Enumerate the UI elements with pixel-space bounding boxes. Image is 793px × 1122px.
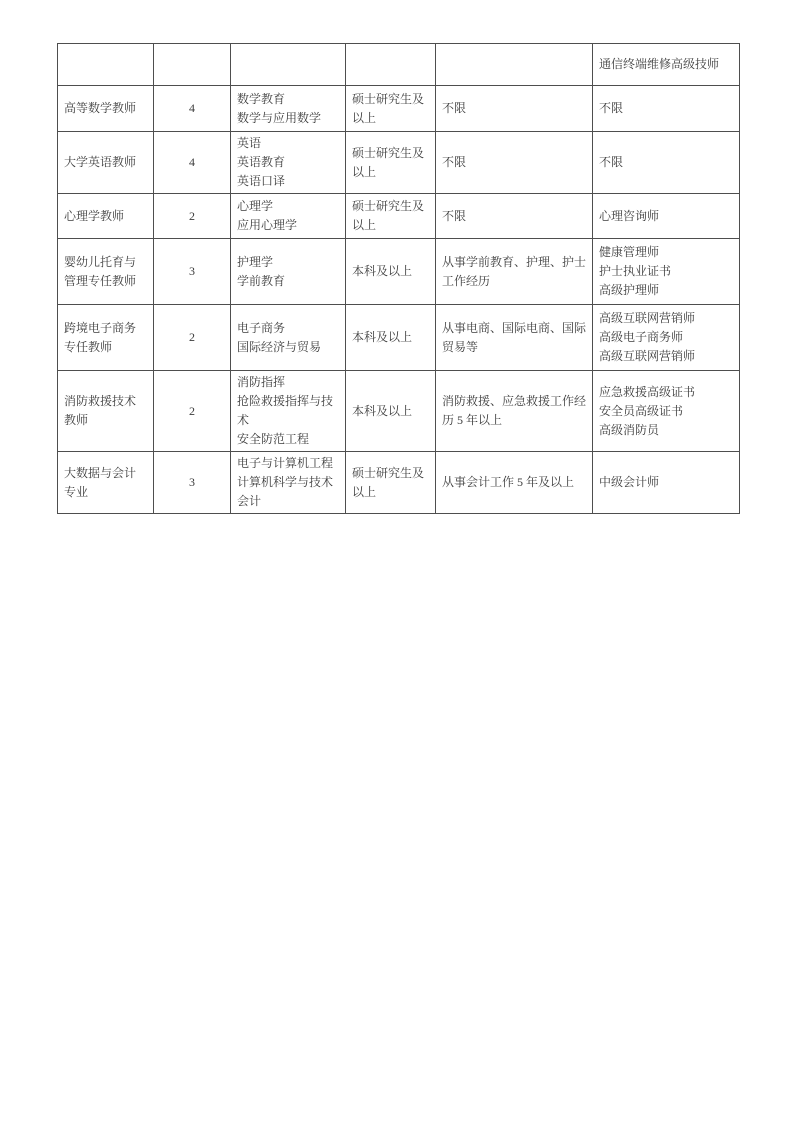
education-cell: 硕士研究生及以上	[346, 194, 436, 239]
major-cell: 电子商务 国际经济与贸易	[231, 305, 346, 371]
position-cell: 高等数学教师	[58, 86, 154, 132]
table-row: 高等数学教师 4 数学教育 数学与应用数学 硕士研究生及以上 不限 不限	[58, 86, 740, 132]
position-cell: 婴幼儿托育与管理专任教师	[58, 239, 154, 305]
headcount-cell: 3	[154, 452, 231, 514]
major-cell: 护理学 学前教育	[231, 239, 346, 305]
headcount-cell: 2	[154, 305, 231, 371]
major-cell	[231, 44, 346, 86]
certificate-cell: 不限	[593, 86, 740, 132]
position-cell: 大数据与会计专业	[58, 452, 154, 514]
certificate-line: 不限	[599, 99, 733, 118]
certificate-line: 不限	[599, 153, 733, 172]
major-cell: 消防指挥 抢险救援指挥与技术 安全防范工程	[231, 371, 346, 452]
major-cell: 数学教育 数学与应用数学	[231, 86, 346, 132]
certificate-line: 高级互联网营销师	[599, 309, 733, 328]
education-cell: 硕士研究生及以上	[346, 132, 436, 194]
headcount-cell	[154, 44, 231, 86]
certificate-cell: 健康管理师 护士执业证书 高级护理师	[593, 239, 740, 305]
major-cell: 英语 英语教育 英语口译	[231, 132, 346, 194]
certificate-line: 健康管理师	[599, 243, 733, 262]
certificate-line: 中级会计师	[599, 473, 733, 492]
experience-cell: 从事电商、国际电商、国际贸易等	[436, 305, 593, 371]
certificate-line: 心理咨询师	[599, 207, 733, 226]
position-cell: 心理学教师	[58, 194, 154, 239]
major-line: 消防指挥	[237, 373, 339, 392]
major-line: 心理学	[237, 197, 339, 216]
major-line: 电子商务	[237, 319, 339, 338]
certificate-cell: 应急救援高级证书 安全员高级证书 高级消防员	[593, 371, 740, 452]
education-cell: 硕士研究生及以上	[346, 452, 436, 514]
certificate-line: 安全员高级证书	[599, 402, 733, 421]
certificate-line: 高级护理师	[599, 281, 733, 300]
experience-cell: 不限	[436, 132, 593, 194]
major-cell: 心理学 应用心理学	[231, 194, 346, 239]
education-cell: 本科及以上	[346, 305, 436, 371]
experience-cell: 从事学前教育、护理、护士工作经历	[436, 239, 593, 305]
major-line: 计算机科学与技术	[237, 473, 339, 492]
experience-cell: 消防救援、应急救援工作经历 5 年以上	[436, 371, 593, 452]
major-line: 应用心理学	[237, 216, 339, 235]
major-line: 抢险救援指挥与技术	[237, 392, 339, 430]
major-cell: 电子与计算机工程 计算机科学与技术 会计	[231, 452, 346, 514]
major-line: 安全防范工程	[237, 430, 339, 449]
major-line: 英语教育	[237, 153, 339, 172]
education-cell: 本科及以上	[346, 239, 436, 305]
certificate-line: 高级电子商务师	[599, 328, 733, 347]
certificate-line: 通信终端维修高级技师	[599, 55, 733, 74]
certificate-line: 高级消防员	[599, 421, 733, 440]
education-cell: 本科及以上	[346, 371, 436, 452]
table-row: 婴幼儿托育与管理专任教师 3 护理学 学前教育 本科及以上 从事学前教育、护理、…	[58, 239, 740, 305]
major-line: 学前教育	[237, 272, 339, 291]
position-cell: 大学英语教师	[58, 132, 154, 194]
major-line: 数学与应用数学	[237, 109, 339, 128]
headcount-cell: 2	[154, 194, 231, 239]
certificate-cell: 通信终端维修高级技师	[593, 44, 740, 86]
table-row-continuation: 通信终端维修高级技师	[58, 44, 740, 86]
experience-cell: 从事会计工作 5 年及以上	[436, 452, 593, 514]
position-cell: 跨境电子商务专任教师	[58, 305, 154, 371]
certificate-line: 护士执业证书	[599, 262, 733, 281]
table-row: 心理学教师 2 心理学 应用心理学 硕士研究生及以上 不限 心理咨询师	[58, 194, 740, 239]
table-row: 跨境电子商务专任教师 2 电子商务 国际经济与贸易 本科及以上 从事电商、国际电…	[58, 305, 740, 371]
experience-cell: 不限	[436, 194, 593, 239]
certificate-line: 应急救援高级证书	[599, 383, 733, 402]
major-line: 数学教育	[237, 90, 339, 109]
headcount-cell: 4	[154, 132, 231, 194]
certificate-cell: 中级会计师	[593, 452, 740, 514]
table-row: 消防救援技术教师 2 消防指挥 抢险救援指挥与技术 安全防范工程 本科及以上 消…	[58, 371, 740, 452]
major-line: 英语口译	[237, 172, 339, 191]
major-line: 护理学	[237, 253, 339, 272]
table-row: 大数据与会计专业 3 电子与计算机工程 计算机科学与技术 会计 硕士研究生及以上…	[58, 452, 740, 514]
major-line: 英语	[237, 134, 339, 153]
recruitment-table: 通信终端维修高级技师 高等数学教师 4 数学教育 数学与应用数学 硕士研究生及以…	[57, 43, 740, 514]
position-cell: 消防救援技术教师	[58, 371, 154, 452]
headcount-cell: 3	[154, 239, 231, 305]
headcount-cell: 4	[154, 86, 231, 132]
position-cell	[58, 44, 154, 86]
major-line: 电子与计算机工程	[237, 454, 339, 473]
document-page: 通信终端维修高级技师 高等数学教师 4 数学教育 数学与应用数学 硕士研究生及以…	[0, 0, 793, 1122]
education-cell: 硕士研究生及以上	[346, 86, 436, 132]
table-row: 大学英语教师 4 英语 英语教育 英语口译 硕士研究生及以上 不限 不限	[58, 132, 740, 194]
experience-cell: 不限	[436, 86, 593, 132]
certificate-cell: 心理咨询师	[593, 194, 740, 239]
education-cell	[346, 44, 436, 86]
experience-cell	[436, 44, 593, 86]
certificate-cell: 高级互联网营销师 高级电子商务师 高级互联网营销师	[593, 305, 740, 371]
major-line: 国际经济与贸易	[237, 338, 339, 357]
certificate-cell: 不限	[593, 132, 740, 194]
headcount-cell: 2	[154, 371, 231, 452]
certificate-line: 高级互联网营销师	[599, 347, 733, 366]
major-line: 会计	[237, 492, 339, 511]
